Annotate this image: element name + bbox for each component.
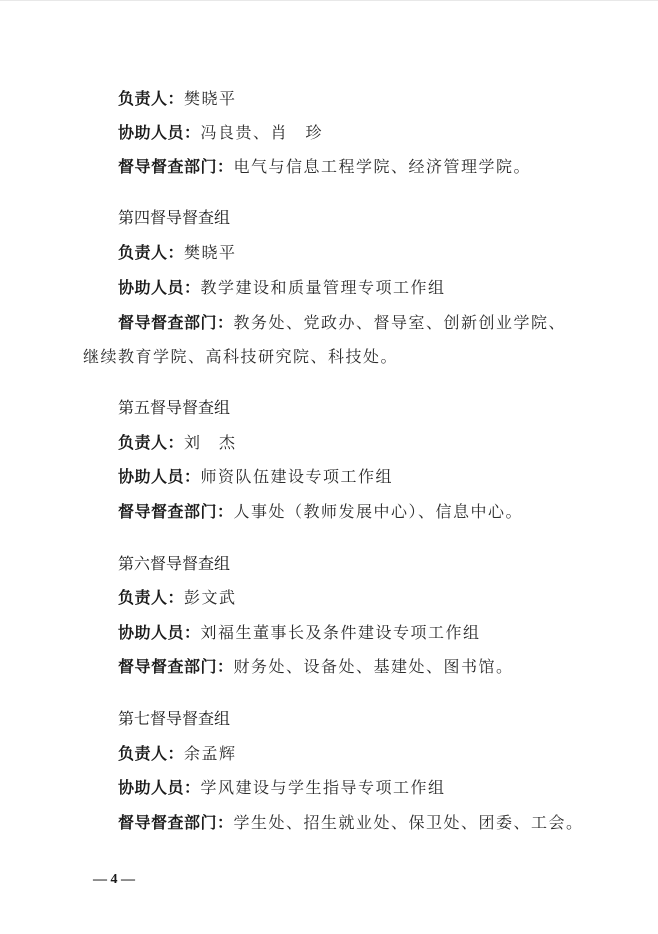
leader-value: 刘 杰 [184, 433, 237, 452]
assistants-value: 师资队伍建设专项工作组 [201, 467, 394, 486]
group-title: 第五督导督查组 [118, 398, 230, 418]
assistants-line: 协助人员：学风建设与学生指导专项工作组 [118, 778, 446, 798]
leader-line: 负责人：樊晓平 [118, 243, 237, 263]
page-number: — 4 — [93, 872, 135, 888]
leader-line: 负责人：余孟辉 [118, 744, 237, 764]
leader-value: 樊晓平 [184, 89, 237, 108]
departments-line: 督导督查部门：教务处、党政办、督导室、创新创业学院、 [118, 313, 566, 333]
page-top-border [0, 0, 658, 1]
assistants-label: 协助人员： [118, 623, 201, 642]
group-title: 第六督导督查组 [118, 554, 230, 574]
assistants-value: 刘福生董事长及条件建设专项工作组 [201, 623, 481, 642]
assistants-label: 协助人员： [118, 467, 201, 486]
departments-label: 督导督查部门： [118, 157, 234, 176]
leader-label: 负责人： [118, 89, 184, 108]
assistants-line: 协助人员：冯良贵、肖 珍 [118, 123, 323, 143]
assistants-line: 协助人员：教学建设和质量管理专项工作组 [118, 278, 446, 298]
leader-label: 负责人： [118, 588, 184, 607]
assistants-label: 协助人员： [118, 278, 201, 297]
departments-value: 教务处、党政办、督导室、创新创业学院、 [234, 313, 567, 332]
assistants-line: 协助人员：刘福生董事长及条件建设专项工作组 [118, 623, 481, 643]
leader-value: 余孟辉 [184, 744, 237, 763]
group-title: 第四督导督查组 [118, 208, 230, 228]
leader-label: 负责人： [118, 744, 184, 763]
assistants-label: 协助人员： [118, 123, 201, 142]
departments-line: 督导督查部门：财务处、设备处、基建处、图书馆。 [118, 657, 514, 677]
departments-label: 督导督查部门： [118, 313, 234, 332]
leader-value: 彭文武 [184, 588, 237, 607]
departments-line: 督导督查部门：人事处（教师发展中心）、信息中心。 [118, 502, 523, 522]
departments-line: 督导督查部门：学生处、招生就业处、保卫处、团委、工会。 [118, 813, 584, 833]
departments-value: 人事处（教师发展中心）、信息中心。 [234, 502, 524, 521]
leader-line: 负责人：樊晓平 [118, 89, 237, 109]
assistants-value: 学风建设与学生指导专项工作组 [201, 778, 446, 797]
departments-label: 督导督查部门： [118, 657, 234, 676]
departments-continuation: 继续教育学院、高科技研究院、科技处。 [83, 347, 398, 367]
document-page: 负责人：樊晓平 协助人员：冯良贵、肖 珍 督导督查部门：电气与信息工程学院、经济… [0, 0, 658, 934]
assistants-value: 冯良贵、肖 珍 [201, 123, 324, 142]
departments-line: 督导督查部门：电气与信息工程学院、经济管理学院。 [118, 157, 531, 177]
assistants-line: 协助人员：师资队伍建设专项工作组 [118, 467, 393, 487]
leader-line: 负责人：彭文武 [118, 588, 237, 608]
departments-value: 财务处、设备处、基建处、图书馆。 [234, 657, 514, 676]
departments-label: 督导督查部门： [118, 502, 234, 521]
leader-label: 负责人： [118, 243, 184, 262]
leader-line: 负责人：刘 杰 [118, 433, 237, 453]
assistants-label: 协助人员： [118, 778, 201, 797]
group-title: 第七督导督查组 [118, 709, 230, 729]
leader-value: 樊晓平 [184, 243, 237, 262]
departments-value: 电气与信息工程学院、经济管理学院。 [234, 157, 532, 176]
leader-label: 负责人： [118, 433, 184, 452]
assistants-value: 教学建设和质量管理专项工作组 [201, 278, 446, 297]
departments-value: 学生处、招生就业处、保卫处、团委、工会。 [234, 813, 584, 832]
departments-label: 督导督查部门： [118, 813, 234, 832]
